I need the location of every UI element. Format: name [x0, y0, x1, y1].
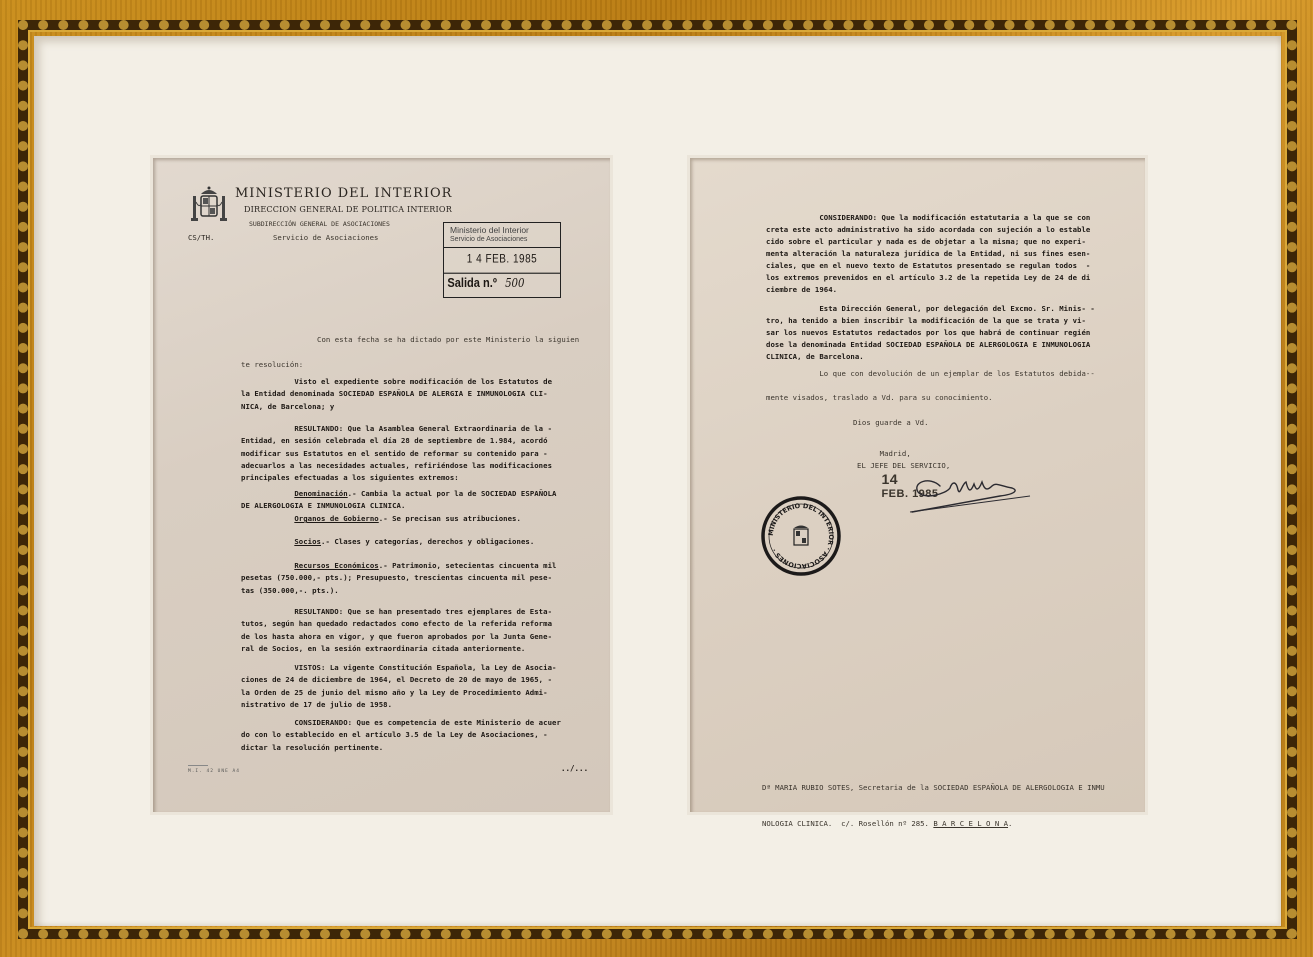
closing-line-1: Lo que con devolución de un ejemplar de …	[766, 368, 1095, 380]
salida-label: Salida n.º	[447, 275, 496, 290]
stamp-date: 1 4 FEB. 1985	[444, 246, 560, 274]
left-paragraph-line: adecuarlos a las necesidades actuales, r…	[241, 460, 552, 472]
section-heading: Recursos Económicos	[294, 561, 378, 570]
left-paragraph-line: DE ALERGOLOGIA E INMUNOLOGIA CLINICA.	[241, 500, 405, 512]
left-paragraph-line: de los hasta ahora en vigor, y que fuero…	[241, 631, 552, 643]
left-paragraph-line: Organos de Gobierno.- Se precisan sus at…	[241, 513, 521, 525]
salutation: Dios guarde a Vd.	[853, 417, 929, 429]
spanish-coat-of-arms-icon	[189, 184, 229, 228]
addressee-line-1: Dª MARIA RUBIO SOTES, Secretaria de la S…	[762, 782, 1105, 794]
right-paragraph-line: creta este acto administrativo ha sido a…	[766, 224, 1090, 236]
left-paragraph-line: ciones de 24 de diciembre de 1964, el De…	[241, 674, 552, 686]
place: Madrid,	[880, 449, 911, 458]
left-paragraph-line: NICA, de Barcelona; y	[241, 401, 334, 413]
left-paragraph-line: Denominación.- Cambia la actual por la d…	[241, 488, 556, 500]
left-paragraph-line: tas (350.000,-. pts.).	[241, 585, 339, 597]
left-paragraph-line: Recursos Económicos.- Patrimonio, seteci…	[241, 560, 556, 572]
section-heading: Organos de Gobierno	[294, 514, 378, 523]
addressee-city: B A R C E L O N A	[933, 819, 1008, 828]
document-page-1: MINISTERIO DEL INTERIOR DIRECCION GENERA…	[153, 158, 610, 812]
left-paragraph-line: VISTOS: La vigente Constitución Española…	[241, 662, 556, 674]
right-paragraph-line: dose la denominada Entidad SOCIEDAD ESPA…	[766, 339, 1090, 351]
document-page-2: CONSIDERANDO: Que la modificación estatu…	[690, 158, 1145, 812]
left-paragraph-line: RESULTANDO: Que la Asamblea General Extr…	[241, 423, 552, 435]
closing-line-3: mente visados, traslado a Vd. para su co…	[766, 392, 993, 404]
left-paragraph-line: pesetas (750.000,- pts.); Presupuesto, t…	[241, 572, 552, 584]
left-paragraph-line: dictar la resolución pertinente.	[241, 742, 383, 754]
right-paragraph-line: cido sobre el particular y nada es de ob…	[766, 236, 1086, 248]
salida-number: 500	[505, 276, 524, 290]
right-paragraph-line: ciales, que en el nuevo texto de Estatut…	[766, 260, 1090, 272]
reference-code: CS/TH.	[188, 233, 214, 242]
right-paragraph-line: CONSIDERANDO: Que la modificación estatu…	[766, 212, 1090, 224]
registry-stamp: Ministerio del Interior Servicio de Asoc…	[443, 222, 561, 298]
stamp-ministry: Ministerio del Interior	[450, 225, 554, 235]
date-day: 14	[881, 471, 898, 487]
right-paragraph-line: ciembre de 1964.	[766, 284, 837, 296]
continued-mark: ../...	[561, 764, 588, 773]
servicio-line: Servicio de Asociaciones	[273, 233, 378, 242]
right-paragraph-line: Esta Dirección General, por delegación d…	[766, 303, 1095, 315]
left-paragraph-line: Entidad, en sesión celebrada el día 28 d…	[241, 435, 548, 447]
stamp-servicio: Servicio de Asociaciones	[450, 235, 554, 245]
intro-line-1: Con esta fecha se ha dictado por este Mi…	[317, 334, 579, 346]
right-paragraph-line: menta alteración la naturaleza jurídica …	[766, 248, 1090, 260]
ministry-seal-icon: MINISTERIO DEL INTERIOR · ASOCIACIONES ·	[760, 495, 842, 577]
left-paragraph-line: la Orden de 25 de junio del mismo año y …	[241, 687, 548, 699]
left-paragraph-line: Socios.- Clases y categorías, derechos y…	[241, 536, 534, 548]
subdireccion-general: SUBDIRECCIÓN GENERAL DE ASOCIACIONES	[249, 220, 390, 228]
right-paragraph-line: sar los nuevos Estatutos redactados por …	[766, 327, 1090, 339]
direccion-general: DIRECCION GENERAL DE POLITICA INTERIOR	[244, 205, 452, 215]
section-heading: Denominación	[294, 489, 347, 498]
right-paragraph-line: CLINICA, de Barcelona.	[766, 351, 864, 363]
handwritten-signature-icon	[900, 468, 1040, 518]
seal-outer-text: MINISTERIO DEL INTERIOR · ASOCIACIONES ·	[767, 502, 835, 570]
form-code: M.I. 42 UNE A4	[188, 769, 240, 774]
left-paragraph-line: do con lo establecido en el artículo 3.5…	[241, 729, 548, 741]
left-paragraph-line: modificar sus Estatutos en el sentido de…	[241, 448, 548, 460]
left-paragraph-line: CONSIDERANDO: Que es competencia de este…	[241, 717, 561, 729]
addressee-line-2: NOLOGIA CLINICA. c/. Rosellón nº 285. B …	[762, 818, 1105, 830]
right-paragraph-line: los extremos prevenidos en el artículo 3…	[766, 272, 1090, 284]
ministry-title: MINISTERIO DEL INTERIOR	[235, 186, 452, 201]
left-paragraph-line: Visto el expediente sobre modificación d…	[241, 376, 552, 388]
addressee-block: Dª MARIA RUBIO SOTES, Secretaria de la S…	[762, 758, 1105, 854]
svg-text:MINISTERIO DEL INTERIOR · ASOC: MINISTERIO DEL INTERIOR · ASOCIACIONES ·	[767, 502, 835, 570]
picture-frame: MINISTERIO DEL INTERIOR DIRECCION GENERA…	[0, 0, 1313, 957]
left-paragraph-line: nistrativo de 17 de julio de 1958.	[241, 699, 392, 711]
section-heading: Socios	[294, 537, 321, 546]
addressee-street: NOLOGIA CLINICA. c/. Rosellón nº 285.	[762, 819, 933, 828]
left-paragraph-line: tutos, según han quedado redactados como…	[241, 618, 552, 630]
left-paragraph-line: principales efectuadas a los siguientes …	[241, 472, 459, 484]
left-paragraph-line: RESULTANDO: Que se han presentado tres e…	[241, 606, 552, 618]
stamp-salida: Salida n.º 500	[444, 272, 543, 293]
left-paragraph-line: ral de Socios, en la sesión extraordinar…	[241, 643, 525, 655]
intro-line-3: te resolución:	[241, 359, 303, 371]
left-paragraph-line: la Entidad denominada SOCIEDAD ESPAÑOLA …	[241, 388, 548, 400]
right-paragraph-line: tro, ha tenido a bien inscribir la modif…	[766, 315, 1086, 327]
